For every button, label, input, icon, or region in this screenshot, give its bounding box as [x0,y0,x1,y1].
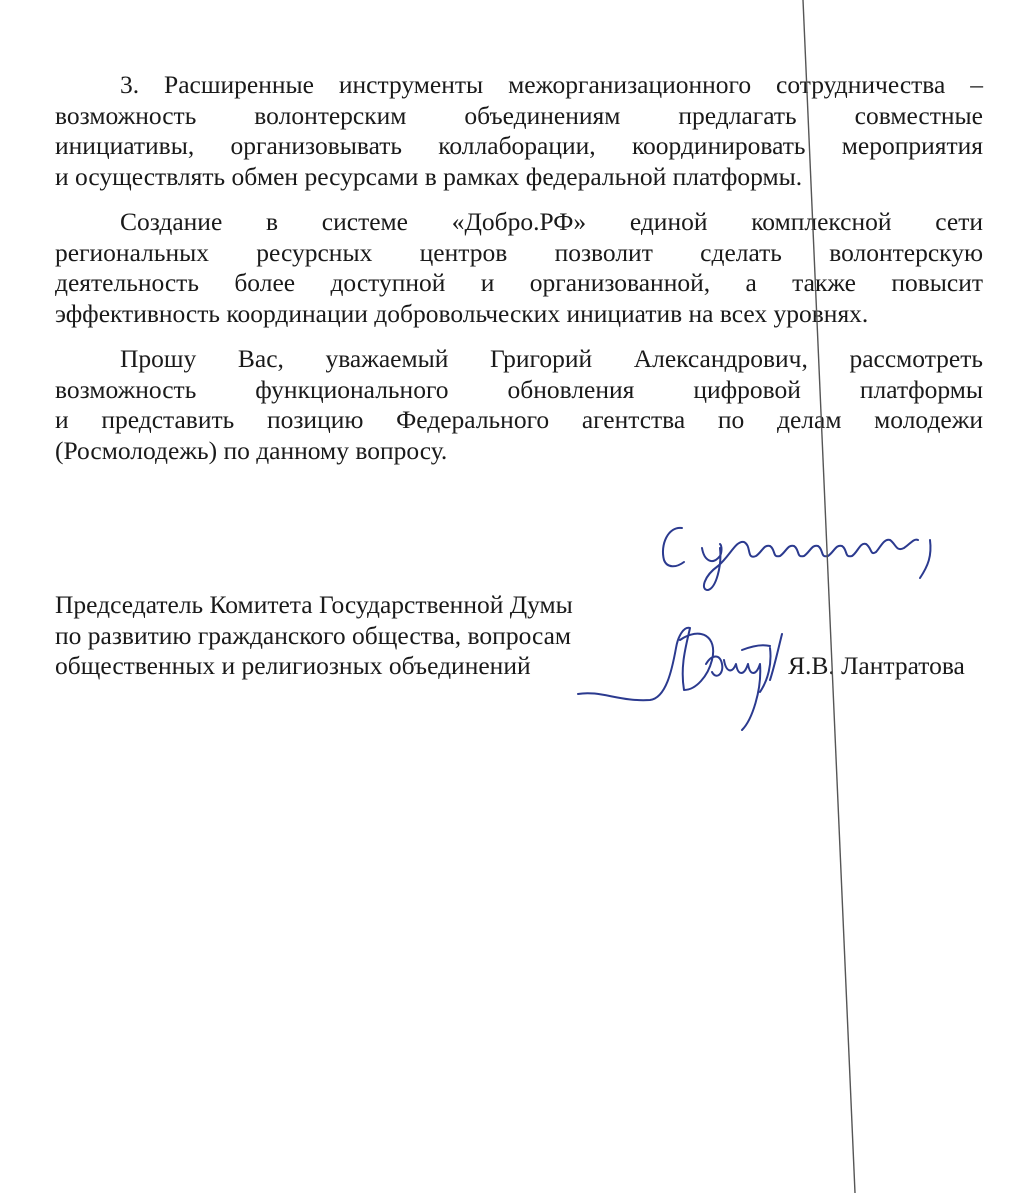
closing-c-stroke [663,528,684,566]
document-page: 3. Расширенные инструменты межорганизаци… [0,0,1023,1193]
closing-word-stroke [702,540,918,590]
handwritten-signature [0,0,1023,1193]
closing-comma-stroke [920,540,931,578]
signature-stroke [578,628,782,730]
